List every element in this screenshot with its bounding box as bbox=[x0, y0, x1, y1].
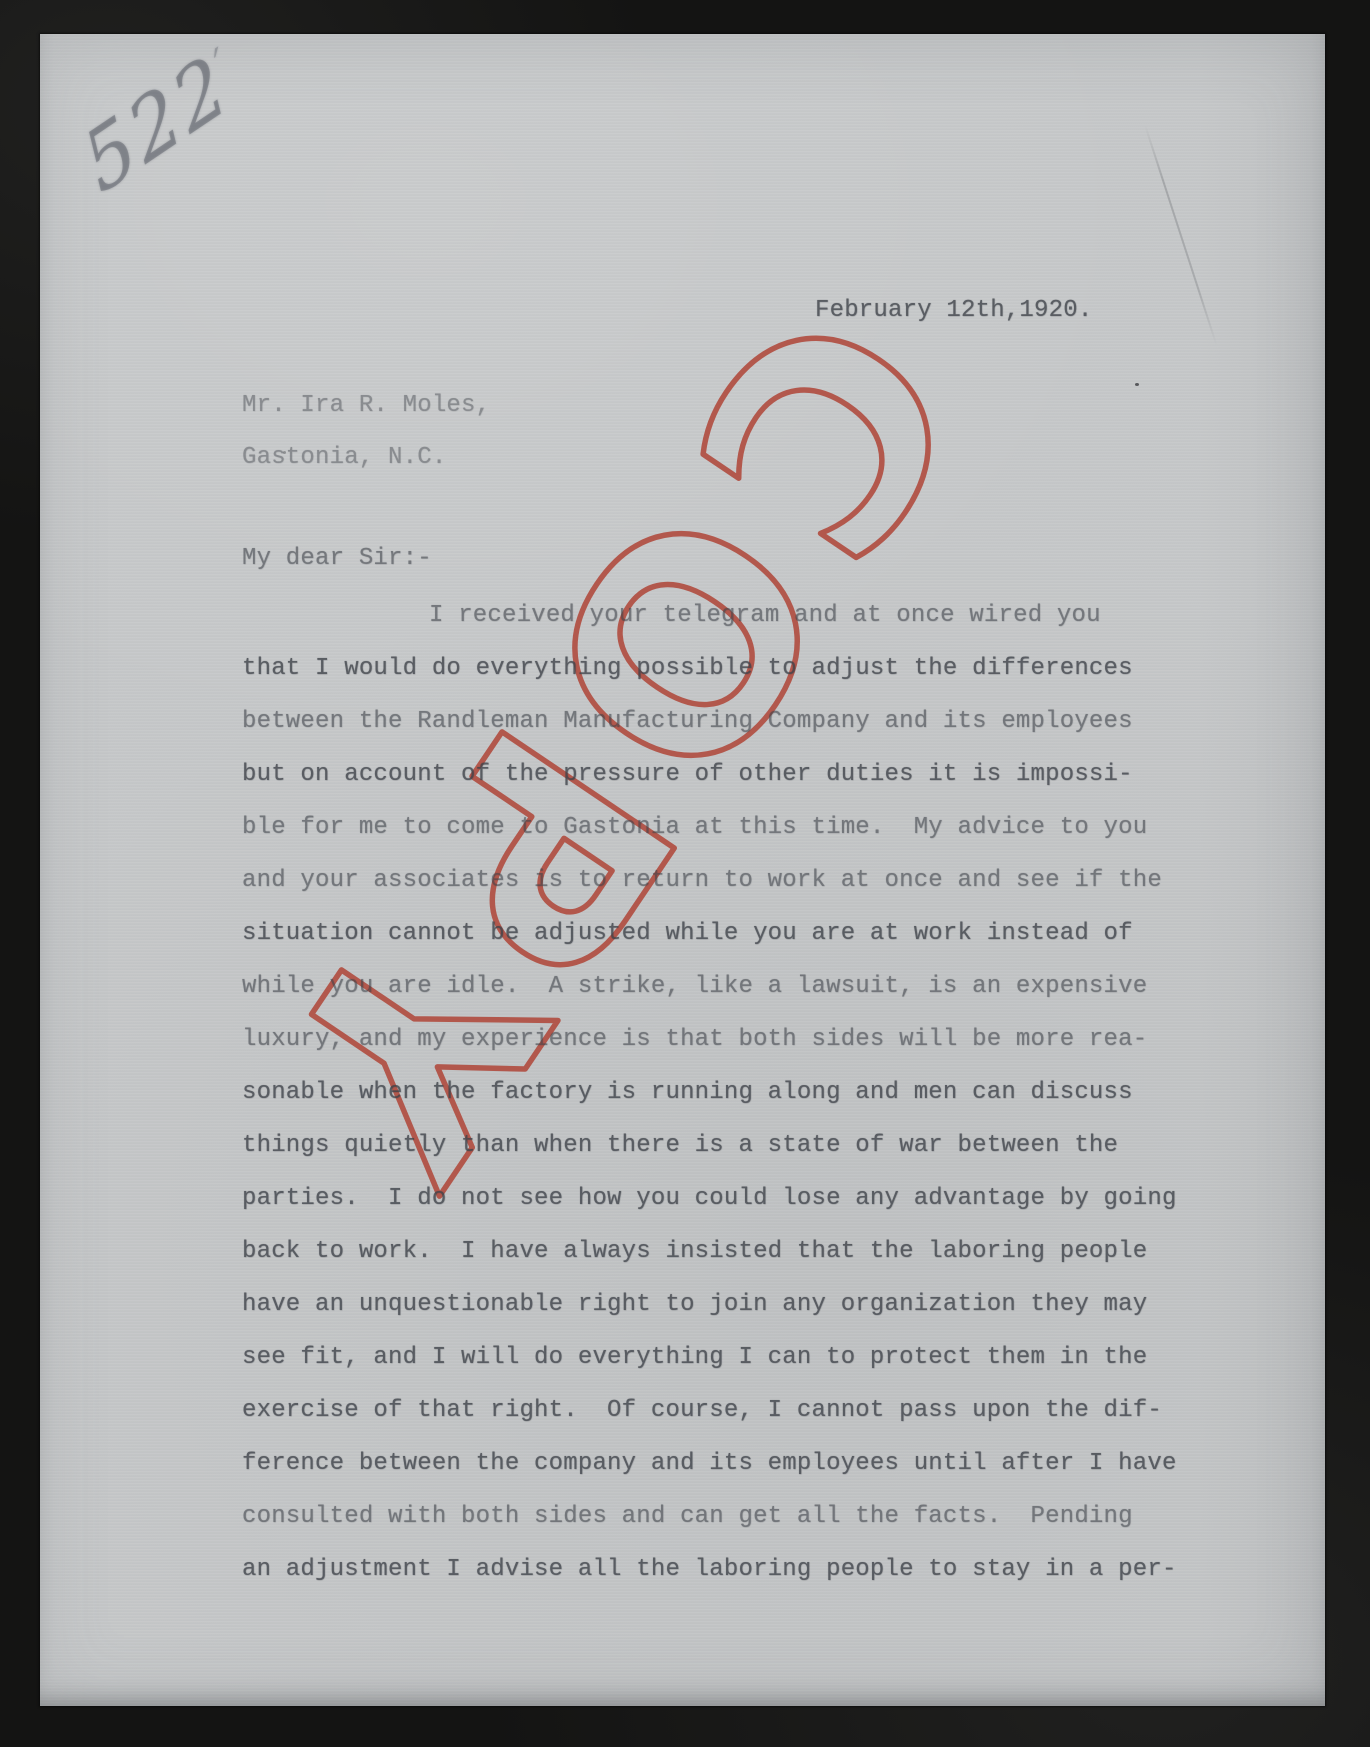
recipient-name: Mr. Ira R. Moles, bbox=[242, 392, 490, 420]
salutation: My dear Sir:- bbox=[242, 545, 432, 573]
letter-body-line: ble for me to come to Gastonia at this t… bbox=[242, 814, 1147, 842]
letter-body-line: things quietly than when there is a stat… bbox=[242, 1132, 1118, 1160]
letter-body-line: between the Randleman Manufacturing Comp… bbox=[242, 708, 1133, 736]
handwritten-page-number: 522 bbox=[70, 29, 252, 212]
letter-body-line: that I would do everything possible to a… bbox=[242, 655, 1133, 683]
letter-body-line: consulted with both sides and can get al… bbox=[242, 1503, 1133, 1531]
letter-body-line: I received your telegram and at once wir… bbox=[242, 602, 1101, 630]
paper-speck bbox=[1135, 383, 1139, 386]
letter-body-line: exercise of that right. Of course, I can… bbox=[242, 1397, 1162, 1425]
letter-body-line: situation cannot be adjusted while you a… bbox=[242, 920, 1133, 948]
letter-body-line: and your associates is to return to work… bbox=[242, 867, 1162, 895]
date-line: February 12th,1920. bbox=[815, 297, 1092, 325]
letter-body-line: see fit, and I will do everything I can … bbox=[242, 1344, 1147, 1372]
letter-body-line: have an unquestionable right to join any… bbox=[242, 1291, 1147, 1319]
letter-body-line: but on account of the pressure of other … bbox=[242, 761, 1133, 789]
letter-body-line: back to work. I have always insisted tha… bbox=[242, 1238, 1147, 1266]
letter-body-line: while you are idle. A strike, like a law… bbox=[242, 973, 1147, 1001]
letter-body-line: ference between the company and its empl… bbox=[242, 1450, 1177, 1478]
letter-body-line: luxury, and my experience is that both s… bbox=[242, 1026, 1147, 1054]
scan-background: { "document": { "annotations": { "page_n… bbox=[0, 0, 1370, 1747]
letter-body-line: parties. I do not see how you could lose… bbox=[242, 1185, 1177, 1213]
paper-crease bbox=[1144, 125, 1218, 346]
letter-body-line: sonable when the factory is running alon… bbox=[242, 1079, 1133, 1107]
letter-page: 522 COPY February 12th,1920. Mr. Ira R. … bbox=[40, 34, 1325, 1706]
recipient-city: Gastonia, N.C. bbox=[242, 444, 446, 472]
letter-body-line: an adjustment I advise all the laboring … bbox=[242, 1556, 1177, 1584]
